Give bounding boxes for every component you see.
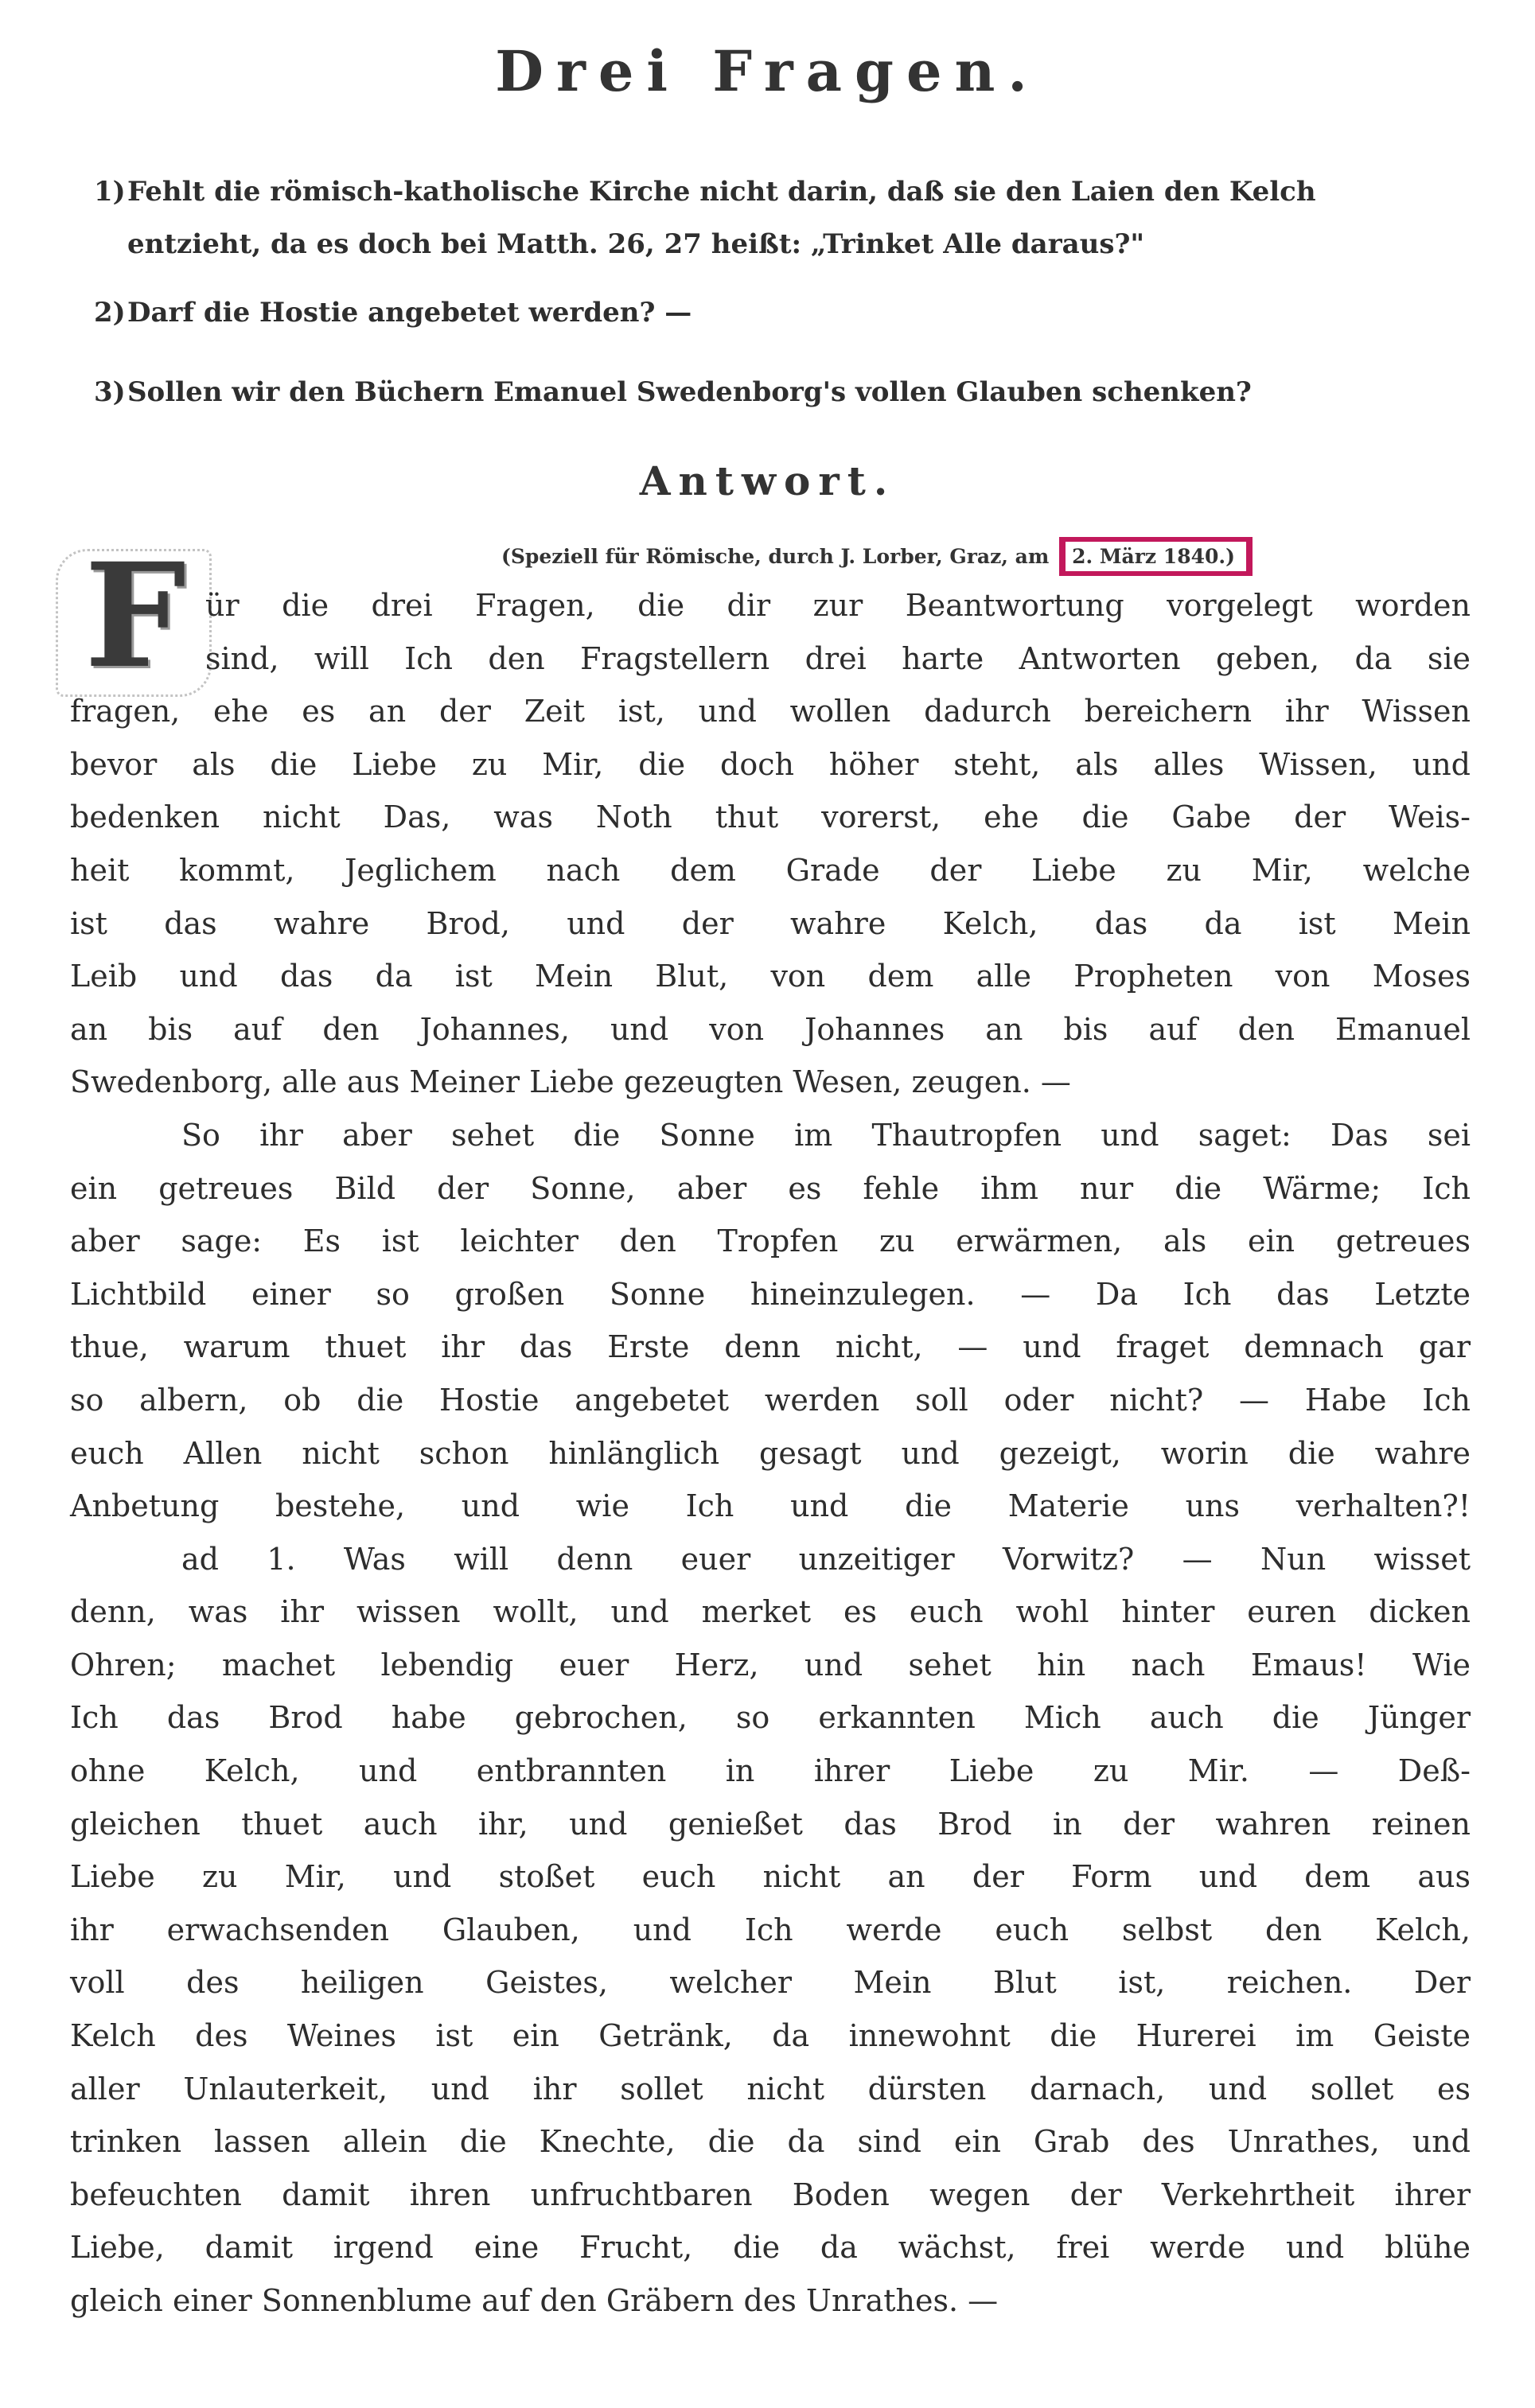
subtitle-prefix: (Speziell für Römische, durch J. Lorber,…	[501, 545, 1049, 568]
body-line: fragen, ehe es an der Zeit ist, und woll…	[70, 685, 1471, 738]
body-line: ein getreues Bild der Sonne, aber es feh…	[70, 1162, 1471, 1216]
question-2: 2)Darf die Hostie angebetet werden? —	[94, 286, 1494, 339]
body-line: trinken lassen allein die Knechte, die d…	[70, 2115, 1471, 2169]
body-line: Lichtbild einer so großen Sonne hineinzu…	[70, 1268, 1471, 1321]
question-text: Fehlt die römisch-katholische Kirche nic…	[127, 176, 1316, 208]
body-line: ad 1. Was will denn euer unzeitiger Vorw…	[70, 1533, 1471, 1586]
body-line: aber sage: Es ist leichter den Tropfen z…	[70, 1215, 1471, 1268]
page-title: Drei Fragen.	[0, 38, 1535, 104]
body-line: Liebe, damit irgend eine Frucht, die da …	[70, 2221, 1471, 2274]
body-line: an bis auf den Johannes, und von Johanne…	[70, 1003, 1471, 1056]
body-line: Ich das Brod habe gebrochen, so erkannte…	[70, 1691, 1471, 1745]
body-line: heit kommt, Jeglichem nach dem Grade der…	[70, 844, 1471, 897]
question-text-continued: entzieht, da es doch bei Matth. 26, 27 h…	[94, 218, 1494, 270]
body-line: ihr erwachsenden Glauben, und Ich werde …	[70, 1904, 1471, 1957]
question-text: Sollen wir den Büchern Emanuel Swedenbor…	[127, 376, 1252, 408]
body-line: gleichen thuet auch ihr, und genießet da…	[70, 1798, 1471, 1851]
body-line: bevor als die Liebe zu Mir, die doch höh…	[70, 738, 1471, 792]
body-line: denn, was ihr wissen wollt, und merket e…	[70, 1585, 1471, 1639]
body-line: aller Unlauterkeit, und ihr sollet nicht…	[70, 2063, 1471, 2116]
subtitle-date: 2. März 1840.)	[1072, 545, 1235, 568]
body-line: befeuchten damit ihren unfruchtbaren Bod…	[70, 2169, 1471, 2222]
body-line: ohne Kelch, und entbrannten in ihrer Lie…	[70, 1745, 1471, 1798]
body-line: bedenken nicht Das, was Noth thut vorers…	[70, 791, 1471, 844]
body-line: euch Allen nicht schon hinlänglich gesag…	[70, 1427, 1471, 1480]
body-line: Anbetung bestehe, und wie Ich und die Ma…	[70, 1480, 1471, 1533]
question-text: Darf die Hostie angebetet werden? —	[127, 297, 692, 329]
body-line: Liebe zu Mir, und stoßet euch nicht an d…	[70, 1850, 1471, 1904]
body-line: gleich einer Sonnenblume auf den Gräbern…	[70, 2274, 1471, 2328]
body-line: Kelch des Weines ist ein Getränk, da inn…	[70, 2009, 1471, 2063]
body-line: ür die drei Fragen, die dir zur Beantwor…	[70, 579, 1471, 632]
body-line: Swedenborg, alle aus Meiner Liebe gezeug…	[70, 1056, 1471, 1109]
question-number: 3)	[94, 366, 127, 418]
body-line: voll des heiligen Geistes, welcher Mein …	[70, 1956, 1471, 2009]
question-3: 3)Sollen wir den Büchern Emanuel Swedenb…	[94, 366, 1494, 418]
date-highlight-box: 2. März 1840.)	[1059, 537, 1253, 576]
body-line: Ohren; machet lebendig euer Herz, und se…	[70, 1639, 1471, 1692]
body-line: ist das wahre Brod, und der wahre Kelch,…	[70, 897, 1471, 951]
body-line: So ihr aber sehet die Sonne im Thautropf…	[70, 1109, 1471, 1162]
body-line: thue, warum thuet ihr das Erste denn nic…	[70, 1321, 1471, 1374]
subtitle: (Speziell für Römische, durch J. Lorber,…	[501, 537, 1496, 576]
answer-heading: Antwort.	[0, 457, 1535, 504]
body-line: sind, will Ich den Fragstellern drei har…	[70, 632, 1471, 686]
question-number: 2)	[94, 286, 127, 339]
body-text: ür die drei Fragen, die dir zur Beantwor…	[70, 579, 1471, 2328]
body-line: so albern, ob die Hostie angebetet werde…	[70, 1374, 1471, 1427]
question-number: 1)	[94, 165, 127, 218]
scanned-page: Drei Fragen. 1)Fehlt die römisch-katholi…	[0, 0, 1535, 2408]
body-line: Leib und das da ist Mein Blut, von dem a…	[70, 950, 1471, 1003]
question-1: 1)Fehlt die römisch-katholische Kirche n…	[94, 165, 1494, 270]
